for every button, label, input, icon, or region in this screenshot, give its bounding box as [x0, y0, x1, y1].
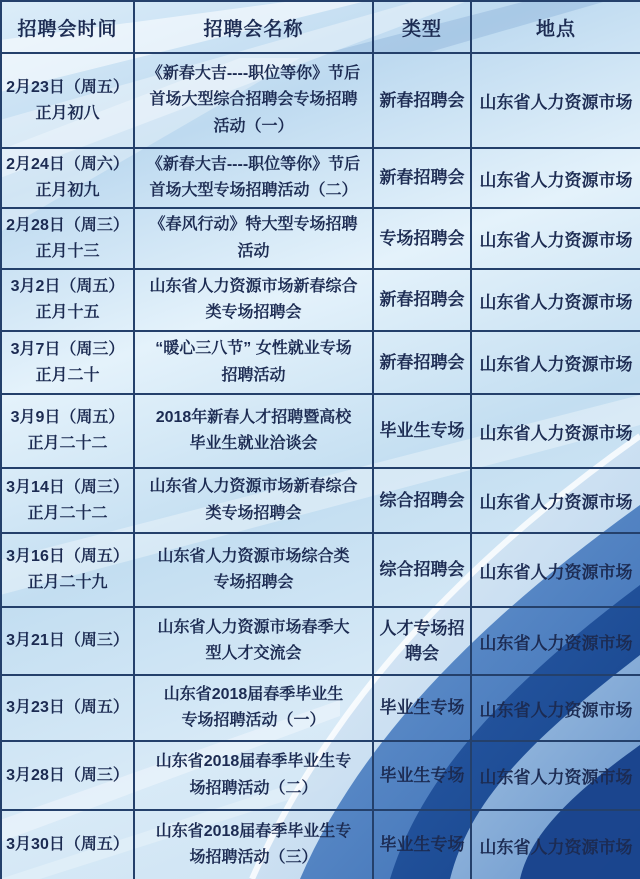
cell-time: 3月21日（周三） — [1, 607, 134, 675]
table-row: 2月24日（周六） 正月初九 《新春大吉----职位等你》节后 首场大型专场招聘… — [1, 148, 640, 208]
cell-location: 山东省人力资源市场 — [471, 208, 640, 269]
cell-type: 新春招聘会 — [373, 53, 471, 148]
cell-name: 《新春大吉----职位等你》节后 首场大型综合招聘会专场招聘 活动（一） — [134, 53, 373, 148]
col-header-name: 招聘会名称 — [134, 1, 373, 53]
cell-time: 3月30日（周五） — [1, 810, 134, 879]
cell-location: 山东省人力资源市场 — [471, 675, 640, 741]
cell-name: 山东省2018届春季毕业生专 场招聘活动（二） — [134, 741, 373, 810]
cell-type: 新春招聘会 — [373, 269, 471, 331]
cell-type: 专场招聘会 — [373, 208, 471, 269]
cell-name: 《春风行动》特大型专场招聘 活动 — [134, 208, 373, 269]
cell-type: 综合招聘会 — [373, 533, 471, 607]
cell-type: 新春招聘会 — [373, 148, 471, 208]
cell-name: 山东省人力资源市场新春综合 类专场招聘会 — [134, 269, 373, 331]
col-header-location: 地点 — [471, 1, 640, 53]
cell-location: 山东省人力资源市场 — [471, 394, 640, 468]
cell-type: 综合招聘会 — [373, 468, 471, 533]
cell-location: 山东省人力资源市场 — [471, 468, 640, 533]
cell-type: 毕业生专场 — [373, 810, 471, 879]
cell-name: 山东省2018届春季毕业生专 场招聘活动（三） — [134, 810, 373, 879]
table-row: 3月7日（周三） 正月二十 “暖心三八节” 女性就业专场 招聘活动 新春招聘会 … — [1, 331, 640, 394]
cell-name: 2018年新春人才招聘暨高校 毕业生就业洽谈会 — [134, 394, 373, 468]
cell-time: 2月28日（周三） 正月十三 — [1, 208, 134, 269]
cell-name: 山东省人力资源市场综合类 专场招聘会 — [134, 533, 373, 607]
table-row: 3月21日（周三） 山东省人力资源市场春季大 型人才交流会 人才专场招 聘会 山… — [1, 607, 640, 675]
cell-time: 3月23日（周五） — [1, 675, 134, 741]
cell-time: 3月9日（周五） 正月二十二 — [1, 394, 134, 468]
cell-location: 山东省人力资源市场 — [471, 607, 640, 675]
cell-type: 新春招聘会 — [373, 331, 471, 394]
table-row: 3月14日（周三） 正月二十二 山东省人力资源市场新春综合 类专场招聘会 综合招… — [1, 468, 640, 533]
cell-type: 毕业生专场 — [373, 675, 471, 741]
col-header-time: 招聘会时间 — [1, 1, 134, 53]
cell-location: 山东省人力资源市场 — [471, 810, 640, 879]
cell-time: 2月23日（周五） 正月初八 — [1, 53, 134, 148]
cell-name: 山东省人力资源市场春季大 型人才交流会 — [134, 607, 373, 675]
table-row: 3月16日（周五） 正月二十九 山东省人力资源市场综合类 专场招聘会 综合招聘会… — [1, 533, 640, 607]
cell-location: 山东省人力资源市场 — [471, 269, 640, 331]
table-row: 3月30日（周五） 山东省2018届春季毕业生专 场招聘活动（三） 毕业生专场 … — [1, 810, 640, 879]
job-fair-schedule-page: { "colors": { "text_navy": "#1c2b52", "g… — [0, 0, 640, 879]
cell-time: 3月28日（周三） — [1, 741, 134, 810]
cell-type: 毕业生专场 — [373, 741, 471, 810]
table-row: 2月23日（周五） 正月初八 《新春大吉----职位等你》节后 首场大型综合招聘… — [1, 53, 640, 148]
cell-location: 山东省人力资源市场 — [471, 533, 640, 607]
cell-type: 毕业生专场 — [373, 394, 471, 468]
cell-location: 山东省人力资源市场 — [471, 148, 640, 208]
job-fair-schedule-table: 招聘会时间 招聘会名称 类型 地点 2月23日（周五） 正月初八 《新春大吉--… — [0, 0, 640, 879]
cell-time: 3月2日（周五） 正月十五 — [1, 269, 134, 331]
table-row: 3月2日（周五） 正月十五 山东省人力资源市场新春综合 类专场招聘会 新春招聘会… — [1, 269, 640, 331]
cell-location: 山东省人力资源市场 — [471, 741, 640, 810]
cell-name: 《新春大吉----职位等你》节后 首场大型专场招聘活动（二） — [134, 148, 373, 208]
cell-time: 3月7日（周三） 正月二十 — [1, 331, 134, 394]
col-header-type: 类型 — [373, 1, 471, 53]
table-row: 3月28日（周三） 山东省2018届春季毕业生专 场招聘活动（二） 毕业生专场 … — [1, 741, 640, 810]
cell-name: “暖心三八节” 女性就业专场 招聘活动 — [134, 331, 373, 394]
cell-name: 山东省人力资源市场新春综合 类专场招聘会 — [134, 468, 373, 533]
table-header-row: 招聘会时间 招聘会名称 类型 地点 — [1, 1, 640, 53]
table-row: 2月28日（周三） 正月十三 《春风行动》特大型专场招聘 活动 专场招聘会 山东… — [1, 208, 640, 269]
cell-name: 山东省2018届春季毕业生 专场招聘活动（一） — [134, 675, 373, 741]
cell-time: 3月14日（周三） 正月二十二 — [1, 468, 134, 533]
cell-type: 人才专场招 聘会 — [373, 607, 471, 675]
table-row: 3月9日（周五） 正月二十二 2018年新春人才招聘暨高校 毕业生就业洽谈会 毕… — [1, 394, 640, 468]
table-row: 3月23日（周五） 山东省2018届春季毕业生 专场招聘活动（一） 毕业生专场 … — [1, 675, 640, 741]
cell-time: 3月16日（周五） 正月二十九 — [1, 533, 134, 607]
cell-location: 山东省人力资源市场 — [471, 53, 640, 148]
cell-location: 山东省人力资源市场 — [471, 331, 640, 394]
cell-time: 2月24日（周六） 正月初九 — [1, 148, 134, 208]
